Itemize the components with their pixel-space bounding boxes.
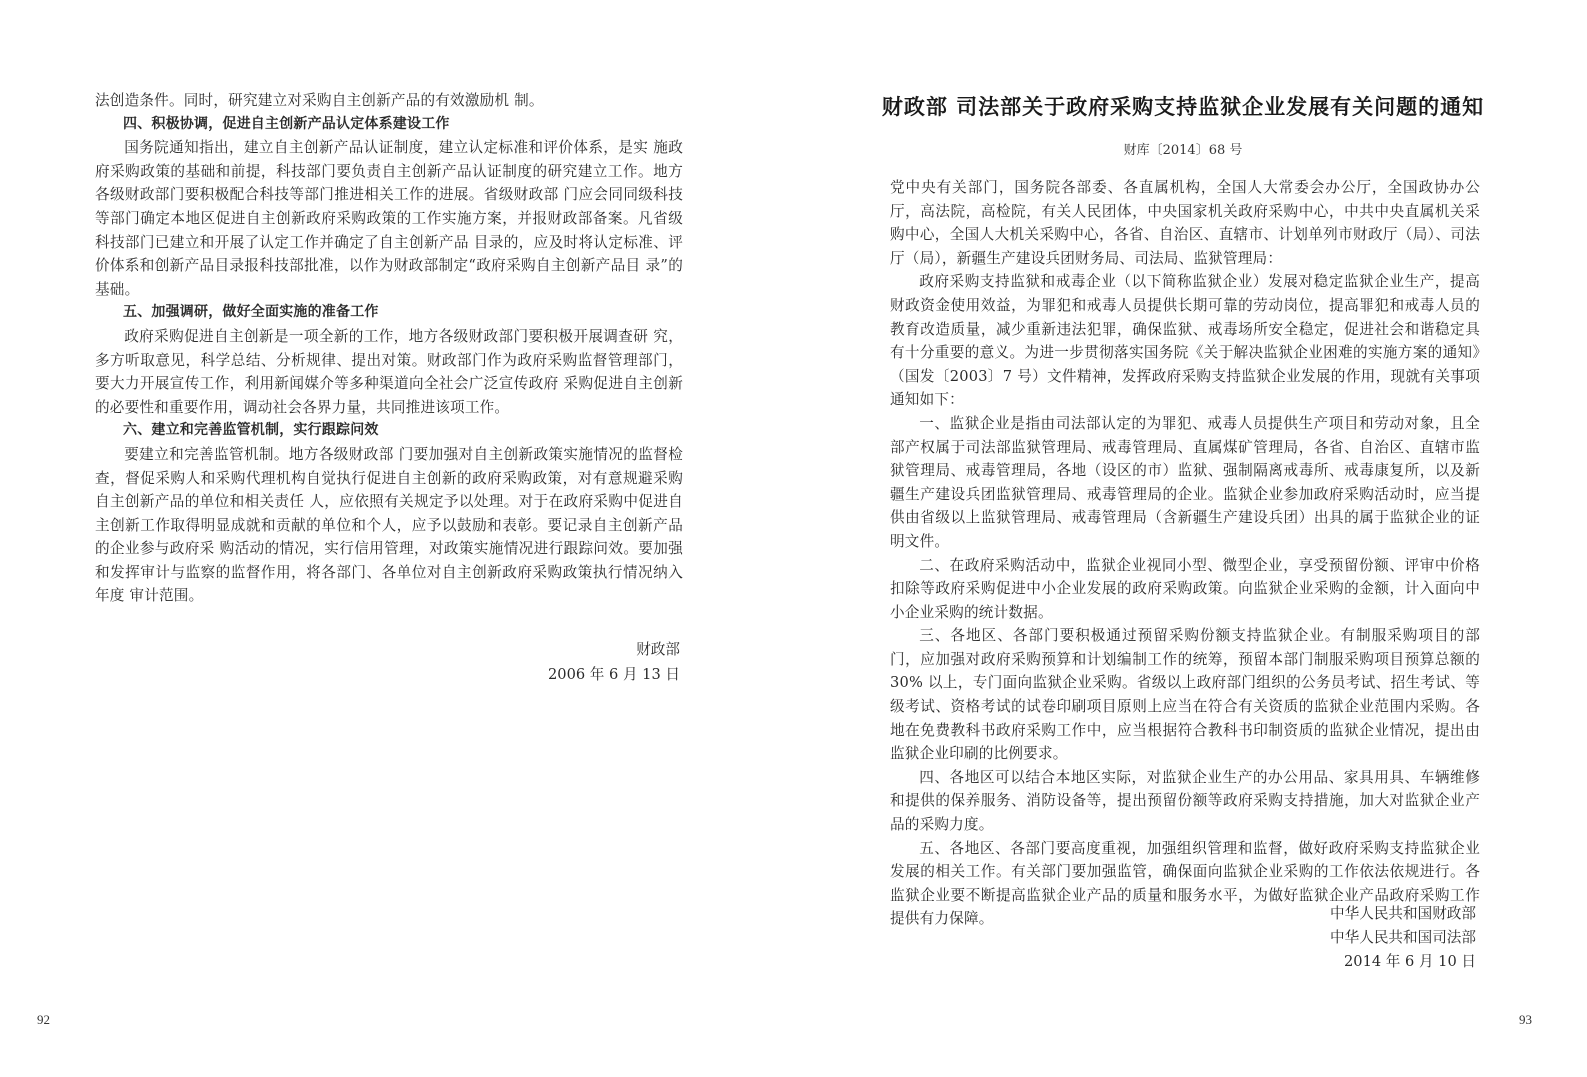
left-signature: 财政部 2006 年 6 月 13 日 [95,637,680,687]
signature-date: 2006 年 6 月 13 日 [95,662,680,687]
document-title: 财政部 司法部关于政府采购支持监狱企业发展有关问题的通知 [880,91,1486,121]
left-page-body: 法创造条件。同时，研究建立对采购自主创新产品的有效激励机 制。 四、积极协调，促… [95,89,683,608]
paragraph: 政府采购促进自主创新是一项全新的工作，地方各级财政部门要积极开展调查研 究，多方… [95,325,683,419]
addressee-paragraph: 党中央有关部门，国务院各部委、各直属机构，全国人大常委会办公厅，全国政协办公厅，… [890,176,1480,270]
signature-issuer-1: 中华人民共和国财政部 [890,902,1476,926]
signature-issuer: 财政部 [95,637,680,662]
page-number-left: 92 [37,1012,50,1028]
paragraph: 国务院通知指出，建立自主创新产品认证制度，建立认定标准和评价体系，是实 施政府采… [95,136,683,301]
document-number: 财库〔2014〕68 号 [880,139,1486,158]
signature-date: 2014 年 6 月 10 日 [890,950,1476,974]
section-heading: 六、建立和完善监管机制，实行跟踪问效 [95,419,683,443]
right-page-body: 党中央有关部门，国务院各部委、各直属机构，全国人大常委会办公厅，全国政协办公厅，… [890,176,1480,931]
right-signature: 中华人民共和国财政部 中华人民共和国司法部 2014 年 6 月 10 日 [890,902,1476,974]
paragraph: 法创造条件。同时，研究建立对采购自主创新产品的有效激励机 制。 [95,89,683,113]
paragraph: 要建立和完善监管机制。地方各级财政部 门要加强对自主创新政策实施情况的监督检查，… [95,443,683,608]
page-number-right: 93 [1519,1012,1532,1028]
section-heading: 五、加强调研，做好全面实施的准备工作 [95,301,683,325]
paragraph: 三、各地区、各部门要积极通过预留采购份额支持监狱企业。有制服采购项目的部门，应加… [890,624,1480,766]
signature-issuer-2: 中华人民共和国司法部 [890,926,1476,950]
paragraph: 四、各地区可以结合本地区实际，对监狱企业生产的办公用品、家具用具、车辆维修和提供… [890,766,1480,837]
section-heading: 四、积极协调，促进自主创新产品认定体系建设工作 [95,113,683,137]
paragraph: 二、在政府采购活动中，监狱企业视同小型、微型企业，享受预留份额、评审中价格扣除等… [890,554,1480,625]
paragraph: 政府采购支持监狱和戒毒企业（以下简称监狱企业）发展对稳定监狱企业生产，提高财政资… [890,270,1480,412]
paragraph: 一、监狱企业是指由司法部认定的为罪犯、戒毒人员提供生产项目和劳动对象，且全部产权… [890,412,1480,554]
